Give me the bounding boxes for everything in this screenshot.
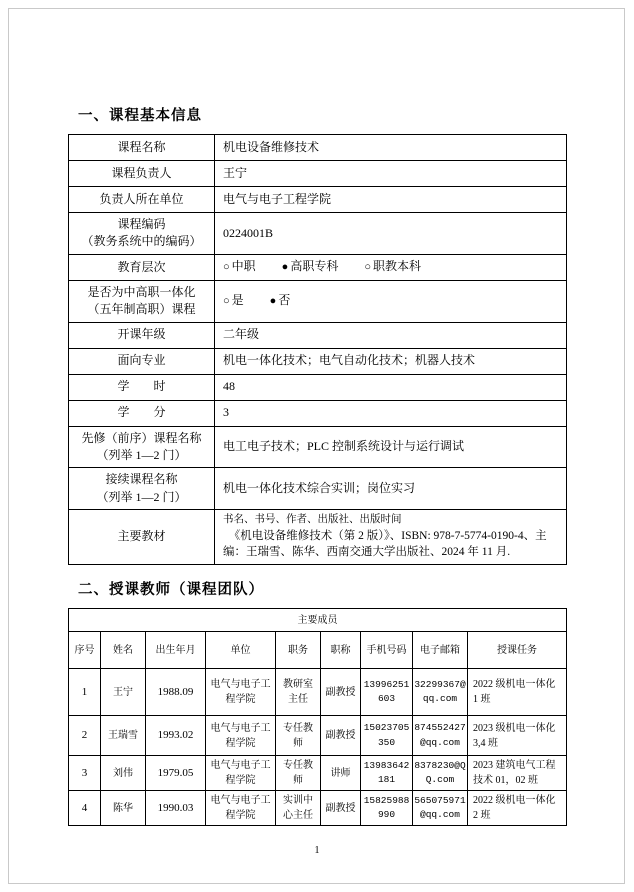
team-table-span-header: 主要成员: [69, 609, 567, 632]
textbook-value: 书名、书号、作者、出版社、出版时间 《机电设备维修技术（第 2 版）》、ISBN…: [215, 510, 567, 565]
member-no: 1: [69, 669, 101, 716]
section-2-heading: 二、授课教师（课程团队）: [78, 582, 566, 599]
table-row: 面向专业 机电一体化技术；电气自动化技术；机器人技术: [69, 348, 567, 374]
member-birth: 1993.02: [146, 716, 206, 756]
member-title: 讲师: [321, 756, 361, 791]
member-email: 32299367@qq.com: [413, 669, 468, 716]
member-phone: 13996251603: [361, 669, 413, 716]
credits-value: 3: [215, 400, 567, 426]
document-content: 一、课程基本信息 课程名称 机电设备维修技术 课程负责人 王宁 负责人所在单位 …: [68, 108, 566, 856]
five-year-program-radio-group: ○是●否: [215, 280, 567, 322]
table-row: 开课年级 二年级: [69, 322, 567, 348]
row-label: 是否为中高职一体化 （五年制高职）课程: [69, 280, 215, 322]
radio-unselected-icon: ○: [364, 261, 371, 273]
course-info-table: 课程名称 机电设备维修技术 课程负责人 王宁 负责人所在单位 电气与电子工程学院…: [68, 134, 567, 565]
member-title: 副教授: [321, 669, 361, 716]
follow-up-courses-value: 机电一体化技术综合实训；岗位实习: [215, 468, 567, 510]
radio-option: ●高职专科: [282, 259, 339, 273]
member-name: 王宁: [101, 669, 146, 716]
column-header-birth: 出生年月: [146, 632, 206, 669]
prerequisite-courses-value: 电工电子技术；PLC 控制系统设计与运行调试: [215, 426, 567, 468]
row-label: 接续课程名称 （列举 1—2 门）: [69, 468, 215, 510]
table-row: 3 刘伟 1979.05 电气与电子工程学院 专任教师 讲师 139836421…: [69, 756, 567, 791]
column-header-title: 职称: [321, 632, 361, 669]
row-label: 先修（前序）课程名称 （列举 1—2 门）: [69, 426, 215, 468]
member-no: 2: [69, 716, 101, 756]
row-label: 教育层次: [69, 254, 215, 280]
member-duty: 教研室主任: [276, 669, 321, 716]
course-code-value: 0224001B: [215, 213, 567, 255]
member-task: 2022 级机电一体化 2 班: [468, 791, 567, 826]
member-email: 8378230@QQ.com: [413, 756, 468, 791]
radio-unselected-icon: ○: [223, 295, 230, 307]
table-row: 学 分 3: [69, 400, 567, 426]
radio-option-label: 高职专科: [290, 259, 338, 273]
row-label: 学 分: [69, 400, 215, 426]
textbook-hint-line: 书名、书号、作者、出版社、出版时间: [223, 513, 558, 528]
row-label: 开课年级: [69, 322, 215, 348]
table-row: 课程负责人 王宁: [69, 161, 567, 187]
member-name: 王瑞雪: [101, 716, 146, 756]
member-email: 565075971@qq.com: [413, 791, 468, 826]
column-header-unit: 单位: [206, 632, 276, 669]
table-header-row: 序号 姓名 出生年月 单位 职务 职称 手机号码 电子邮箱 授课任务: [69, 632, 567, 669]
course-name-value: 机电设备维修技术: [215, 135, 567, 161]
table-row: 4 陈华 1990.03 电气与电子工程学院 实训中心主任 副教授 158259…: [69, 791, 567, 826]
member-phone: 15825988990: [361, 791, 413, 826]
member-title: 副教授: [321, 716, 361, 756]
member-unit: 电气与电子工程学院: [206, 756, 276, 791]
member-unit: 电气与电子工程学院: [206, 716, 276, 756]
start-grade-value: 二年级: [215, 322, 567, 348]
section-1-heading: 一、课程基本信息: [78, 108, 566, 125]
member-no: 3: [69, 756, 101, 791]
row-label: 课程名称: [69, 135, 215, 161]
radio-option-label: 中职: [232, 259, 256, 273]
column-header-email: 电子邮箱: [413, 632, 468, 669]
row-label: 负责人所在单位: [69, 187, 215, 213]
member-name: 刘伟: [101, 756, 146, 791]
member-duty: 实训中心主任: [276, 791, 321, 826]
member-duty: 专任教师: [276, 716, 321, 756]
table-row: 2 王瑞雪 1993.02 电气与电子工程学院 专任教师 副教授 1502370…: [69, 716, 567, 756]
member-task: 2022 级机电一体化 1 班: [468, 669, 567, 716]
section-2: 二、授课教师（课程团队） 主要成员 序号 姓名 出生年月 单位 职务 职称 手机…: [68, 582, 566, 826]
table-row: 学 时 48: [69, 374, 567, 400]
radio-option-label: 否: [278, 293, 290, 307]
radio-unselected-icon: ○: [223, 261, 230, 273]
table-row: 先修（前序）课程名称 （列举 1—2 门） 电工电子技术；PLC 控制系统设计与…: [69, 426, 567, 468]
member-email: 874552427@qq.com: [413, 716, 468, 756]
row-label: 学 时: [69, 374, 215, 400]
member-title: 副教授: [321, 791, 361, 826]
member-no: 4: [69, 791, 101, 826]
radio-option: ●否: [270, 293, 291, 307]
course-leader-value: 王宁: [215, 161, 567, 187]
radio-option: ○是: [223, 293, 244, 307]
table-row: 1 王宁 1988.09 电气与电子工程学院 教研室主任 副教授 1399625…: [69, 669, 567, 716]
member-phone: 15023705350: [361, 716, 413, 756]
education-level-radio-group: ○中职●高职专科○职教本科: [215, 254, 567, 280]
row-label: 课程编码 （教务系统中的编码）: [69, 213, 215, 255]
column-header-name: 姓名: [101, 632, 146, 669]
column-header-task: 授课任务: [468, 632, 567, 669]
member-task: 2023 建筑电气工程技术 01，02 班: [468, 756, 567, 791]
member-birth: 1988.09: [146, 669, 206, 716]
table-row: 是否为中高职一体化 （五年制高职）课程 ○是●否: [69, 280, 567, 322]
table-row: 课程名称 机电设备维修技术: [69, 135, 567, 161]
class-hours-value: 48: [215, 374, 567, 400]
member-unit: 电气与电子工程学院: [206, 669, 276, 716]
radio-option-label: 职教本科: [373, 259, 421, 273]
radio-option: ○中职: [223, 259, 256, 273]
member-duty: 专任教师: [276, 756, 321, 791]
member-birth: 1979.05: [146, 756, 206, 791]
target-majors-value: 机电一体化技术；电气自动化技术；机器人技术: [215, 348, 567, 374]
member-task: 2023 级机电一体化 3,4 班: [468, 716, 567, 756]
team-table: 主要成员 序号 姓名 出生年月 单位 职务 职称 手机号码 电子邮箱 授课任务 …: [68, 608, 567, 826]
radio-option-label: 是: [232, 293, 244, 307]
member-phone: 13983642181: [361, 756, 413, 791]
row-label: 面向专业: [69, 348, 215, 374]
table-row: 主要成员: [69, 609, 567, 632]
table-row: 教育层次 ○中职●高职专科○职教本科: [69, 254, 567, 280]
member-unit: 电气与电子工程学院: [206, 791, 276, 826]
column-header-duty: 职务: [276, 632, 321, 669]
table-row: 接续课程名称 （列举 1—2 门） 机电一体化技术综合实训；岗位实习: [69, 468, 567, 510]
column-header-phone: 手机号码: [361, 632, 413, 669]
radio-selected-icon: ●: [282, 261, 289, 273]
table-row: 课程编码 （教务系统中的编码） 0224001B: [69, 213, 567, 255]
textbook-detail-line: 《机电设备维修技术（第 2 版）》、ISBN: 978-7-5774-0190-…: [223, 528, 558, 561]
radio-selected-icon: ●: [270, 295, 277, 307]
row-label: 主要教材: [69, 510, 215, 565]
column-header-no: 序号: [69, 632, 101, 669]
row-label: 课程负责人: [69, 161, 215, 187]
leader-unit-value: 电气与电子工程学院: [215, 187, 567, 213]
radio-option: ○职教本科: [364, 259, 421, 273]
member-birth: 1990.03: [146, 791, 206, 826]
page-number: 1: [68, 845, 566, 856]
table-row: 主要教材 书名、书号、作者、出版社、出版时间 《机电设备维修技术（第 2 版）》…: [69, 510, 567, 565]
table-row: 负责人所在单位 电气与电子工程学院: [69, 187, 567, 213]
member-name: 陈华: [101, 791, 146, 826]
